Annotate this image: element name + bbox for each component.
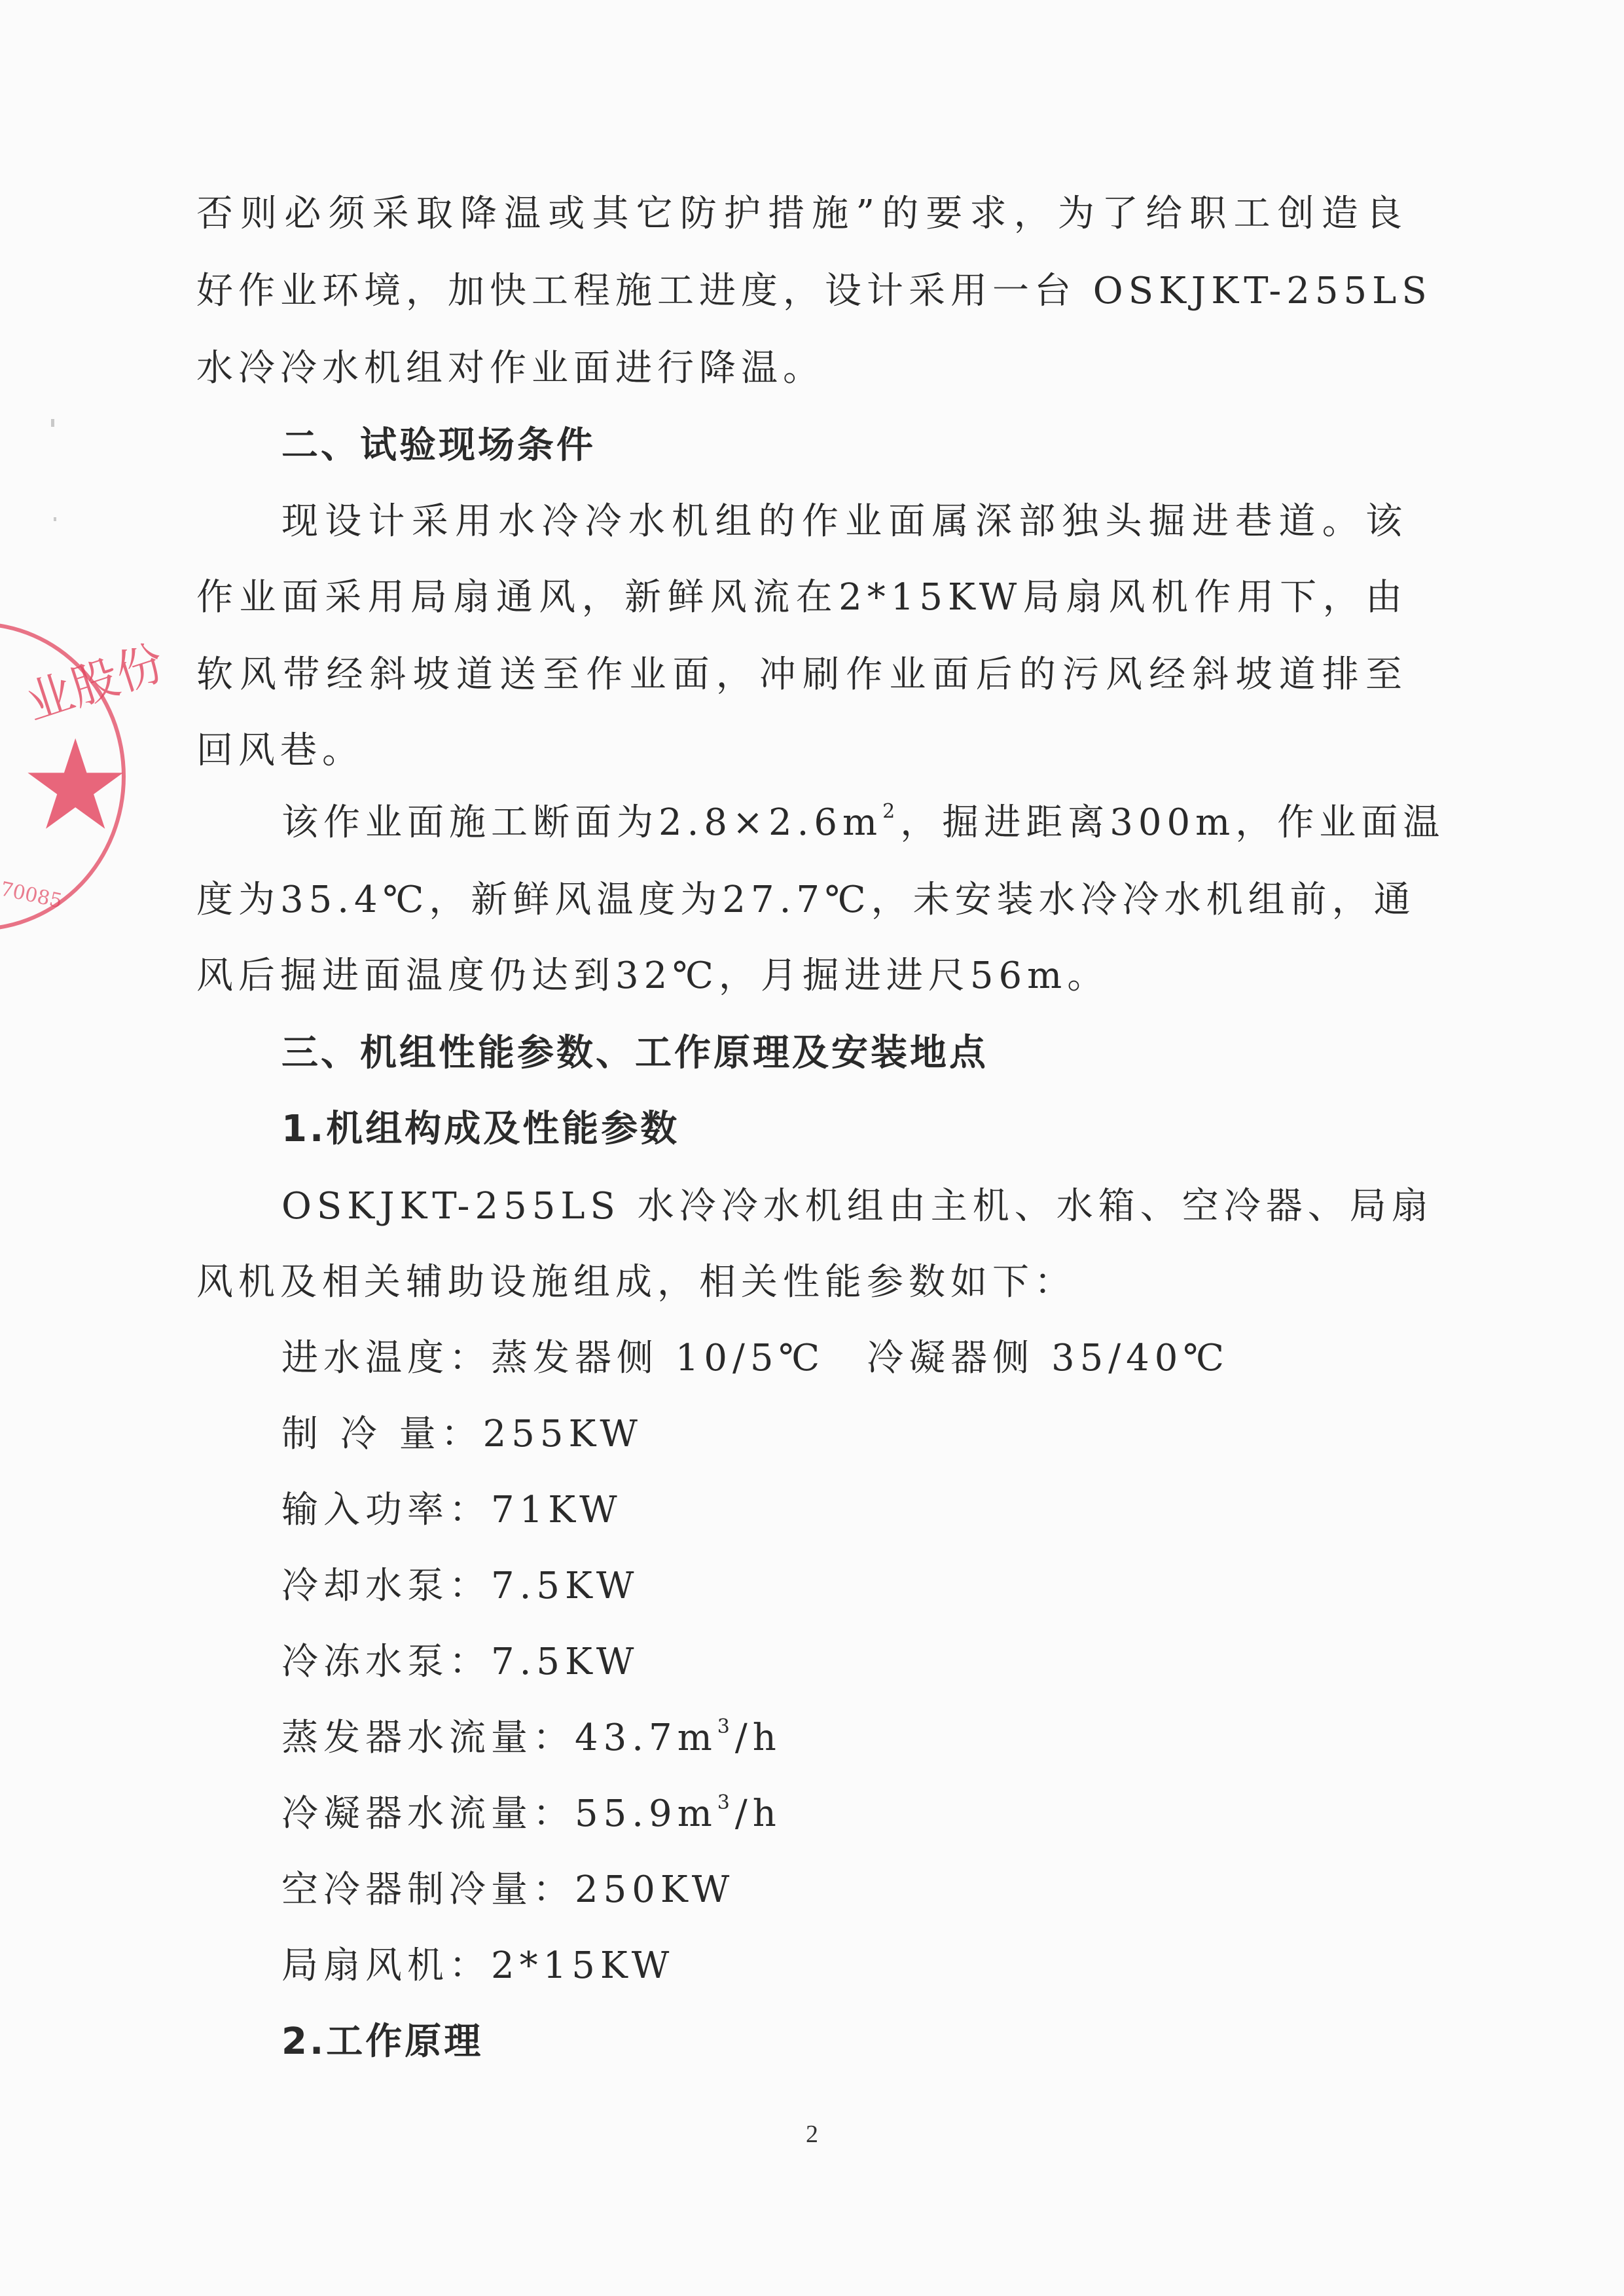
parameter-label: 空冷器制冷量：	[281, 1868, 575, 1911]
parameter-value: 43.7m	[575, 1717, 717, 1759]
section-heading: 二、试验现场条件	[281, 423, 1492, 469]
parameter-row: 局扇风机：2*15KW	[281, 1943, 1492, 1989]
parameter-value: 55.9m	[575, 1793, 717, 1835]
paragraph-line: 软风带经斜坡道送至作业面，冲刷作业面后的污风经斜坡道排至	[196, 652, 1407, 698]
paragraph-line: 水冷冷水机组对作业面进行降温。	[196, 346, 1407, 392]
parameter-row: 输入功率：71KW	[281, 1487, 1492, 1533]
parameter-value: 255KW	[483, 1413, 643, 1455]
parameter-row: 制 冷 量：255KW	[281, 1412, 1492, 1457]
parameter-label: 冷冻水泵：	[281, 1641, 491, 1683]
paragraph-line: 风机及相关辅助设施组成，相关性能参数如下：	[196, 1260, 1407, 1305]
text: 该作业面施工断面为2.8×2.6m	[281, 801, 882, 844]
parameter-row: 冷却水泵：7.5KW	[281, 1563, 1492, 1609]
superscript: 3	[717, 1791, 735, 1814]
parameter-value: 蒸发器侧 10/5℃ 冷凝器侧 35/40℃	[491, 1337, 1229, 1379]
document-page: 业股份 ★ 70085 否则必须采取降温或其它防护措施”的要求，为了给职工创造良…	[0, 0, 1624, 2296]
paragraph-line: 好作业环境，加快工程施工进度，设计采用一台 OSKJKT-255LS	[196, 268, 1407, 314]
seal-star-icon: ★	[20, 723, 131, 848]
parameter-value-unit: /h	[735, 1793, 782, 1835]
paragraph-line: 风后掘进面温度仍达到32℃，月掘进进尺56m。	[196, 953, 1407, 999]
parameter-value-unit: /h	[735, 1717, 782, 1759]
page-number: 2	[0, 2120, 1624, 2149]
parameter-label: 冷却水泵：	[281, 1565, 491, 1607]
section-heading: 三、机组性能参数、工作原理及安装地点	[281, 1030, 1492, 1076]
text: ，掘进距离300m，作业面温	[900, 801, 1445, 844]
scan-mark	[54, 517, 56, 521]
superscript: 3	[717, 1715, 735, 1738]
subsection-heading: 2.工作原理	[281, 2019, 1492, 2065]
paragraph-line: 回风巷。	[196, 728, 1407, 774]
parameter-row: 进水温度：蒸发器侧 10/5℃ 冷凝器侧 35/40℃	[281, 1336, 1492, 1381]
paragraph-line: OSKJKT-255LS 水冷冷水机组由主机、水箱、空冷器、局扇	[281, 1184, 1407, 1230]
scan-mark	[51, 419, 54, 427]
parameter-value: 250KW	[575, 1868, 734, 1911]
parameter-value: 71KW	[491, 1489, 623, 1531]
parameter-row: 空冷器制冷量：250KW	[281, 1867, 1492, 1913]
paragraph-line: 否则必须采取降温或其它防护措施”的要求，为了给职工创造良	[196, 191, 1407, 237]
superscript: 2	[882, 800, 900, 823]
parameter-row: 冷冻水泵：7.5KW	[281, 1639, 1492, 1685]
parameter-label: 输入功率：	[281, 1489, 491, 1531]
parameter-row: 冷凝器水流量：55.9m3/h	[281, 1791, 1492, 1837]
paragraph-line: 度为35.4℃，新鲜风温度为27.7℃，未安装水冷冷水机组前，通	[196, 877, 1407, 923]
parameter-value: 7.5KW	[491, 1641, 639, 1683]
parameter-label: 制 冷 量：	[281, 1413, 483, 1455]
parameter-label: 进水温度：	[281, 1337, 491, 1379]
parameter-value: 2*15KW	[491, 1944, 674, 1987]
paragraph-line: 该作业面施工断面为2.8×2.6m2，掘进距离300m，作业面温	[281, 800, 1407, 846]
paragraph-line: 作业面采用局扇通风，新鲜风流在2*15KW局扇风机作用下，由	[196, 575, 1407, 621]
subsection-heading: 1.机组构成及性能参数	[281, 1106, 1492, 1152]
parameter-label: 蒸发器水流量：	[281, 1717, 575, 1759]
parameter-row: 蒸发器水流量：43.7m3/h	[281, 1715, 1492, 1761]
parameter-label: 冷凝器水流量：	[281, 1793, 575, 1835]
parameter-label: 局扇风机：	[281, 1944, 491, 1987]
paragraph-line: 现设计采用水冷冷水机组的作业面属深部独头掘进巷道。该	[281, 499, 1407, 545]
parameter-value: 7.5KW	[491, 1565, 639, 1607]
